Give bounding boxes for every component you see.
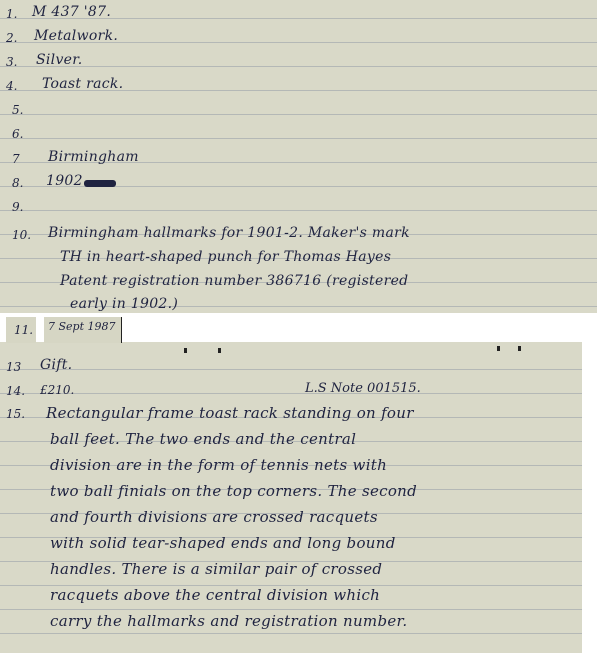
- entry-text: Birmingham: [48, 149, 139, 165]
- entry-text: Toast rack.: [42, 76, 123, 92]
- entry-number: 2.: [6, 31, 17, 45]
- entry-text: M 437 '87.: [32, 4, 111, 20]
- stray-mark: [218, 348, 221, 353]
- entry-number: 13: [6, 360, 21, 374]
- stray-mark: [184, 348, 187, 353]
- stray-mark: [518, 346, 521, 351]
- entry-number: 3.: [6, 55, 17, 69]
- entry-text-line: Birmingham hallmarks for 1901-2. Maker's…: [48, 225, 410, 241]
- entry-text: 1902: [46, 173, 83, 189]
- entry-number: 6.: [12, 127, 23, 141]
- crossed-out-mark: [84, 180, 116, 187]
- stray-mark: [497, 346, 500, 351]
- entry-number: 4.: [6, 79, 17, 93]
- entry-text-line: handles. There is a similar pair of cros…: [50, 560, 382, 578]
- entry-text-line: early in 1902.): [70, 296, 178, 312]
- entry-text: Gift.: [40, 357, 72, 373]
- entry-text: Metalwork.: [34, 28, 118, 44]
- entry-number: 11.: [14, 323, 33, 337]
- entry-number: 9.: [12, 200, 23, 214]
- entry-text-line: TH in heart-shaped punch for Thomas Haye…: [60, 249, 391, 265]
- entry-text-line: Patent registration number 386716 (regis…: [60, 273, 408, 289]
- entry-text-line: with solid tear-shaped ends and long bou…: [50, 534, 396, 552]
- entry-text-line: division are in the form of tennis nets …: [50, 456, 387, 474]
- entry-text-line: racquets above the central division whic…: [50, 586, 380, 604]
- entry-number: 5.: [12, 103, 23, 117]
- entry-text-line: ball feet. The two ends and the central: [50, 430, 356, 448]
- entry-text: Silver.: [36, 52, 82, 68]
- entry-text-line: two ball finials on the top corners. The…: [50, 482, 417, 500]
- entry-number: 1.: [6, 7, 17, 21]
- entry-text-line: and fourth divisions are crossed racquet…: [50, 508, 378, 526]
- entry-text-line: carry the hallmarks and registration num…: [50, 612, 407, 630]
- entry-number: 7: [12, 152, 20, 166]
- entry-note: L.S Note 001515.: [305, 381, 421, 396]
- entry-date: 7 Sept 1987: [48, 320, 116, 333]
- entry-number: 8.: [12, 176, 23, 190]
- entry-number: 15.: [6, 407, 25, 421]
- entry-number: 10.: [12, 228, 31, 242]
- entry-number: 14.: [6, 384, 25, 398]
- entry-text: £210.: [40, 383, 74, 397]
- entry-text-line: Rectangular frame toast rack standing on…: [46, 404, 414, 422]
